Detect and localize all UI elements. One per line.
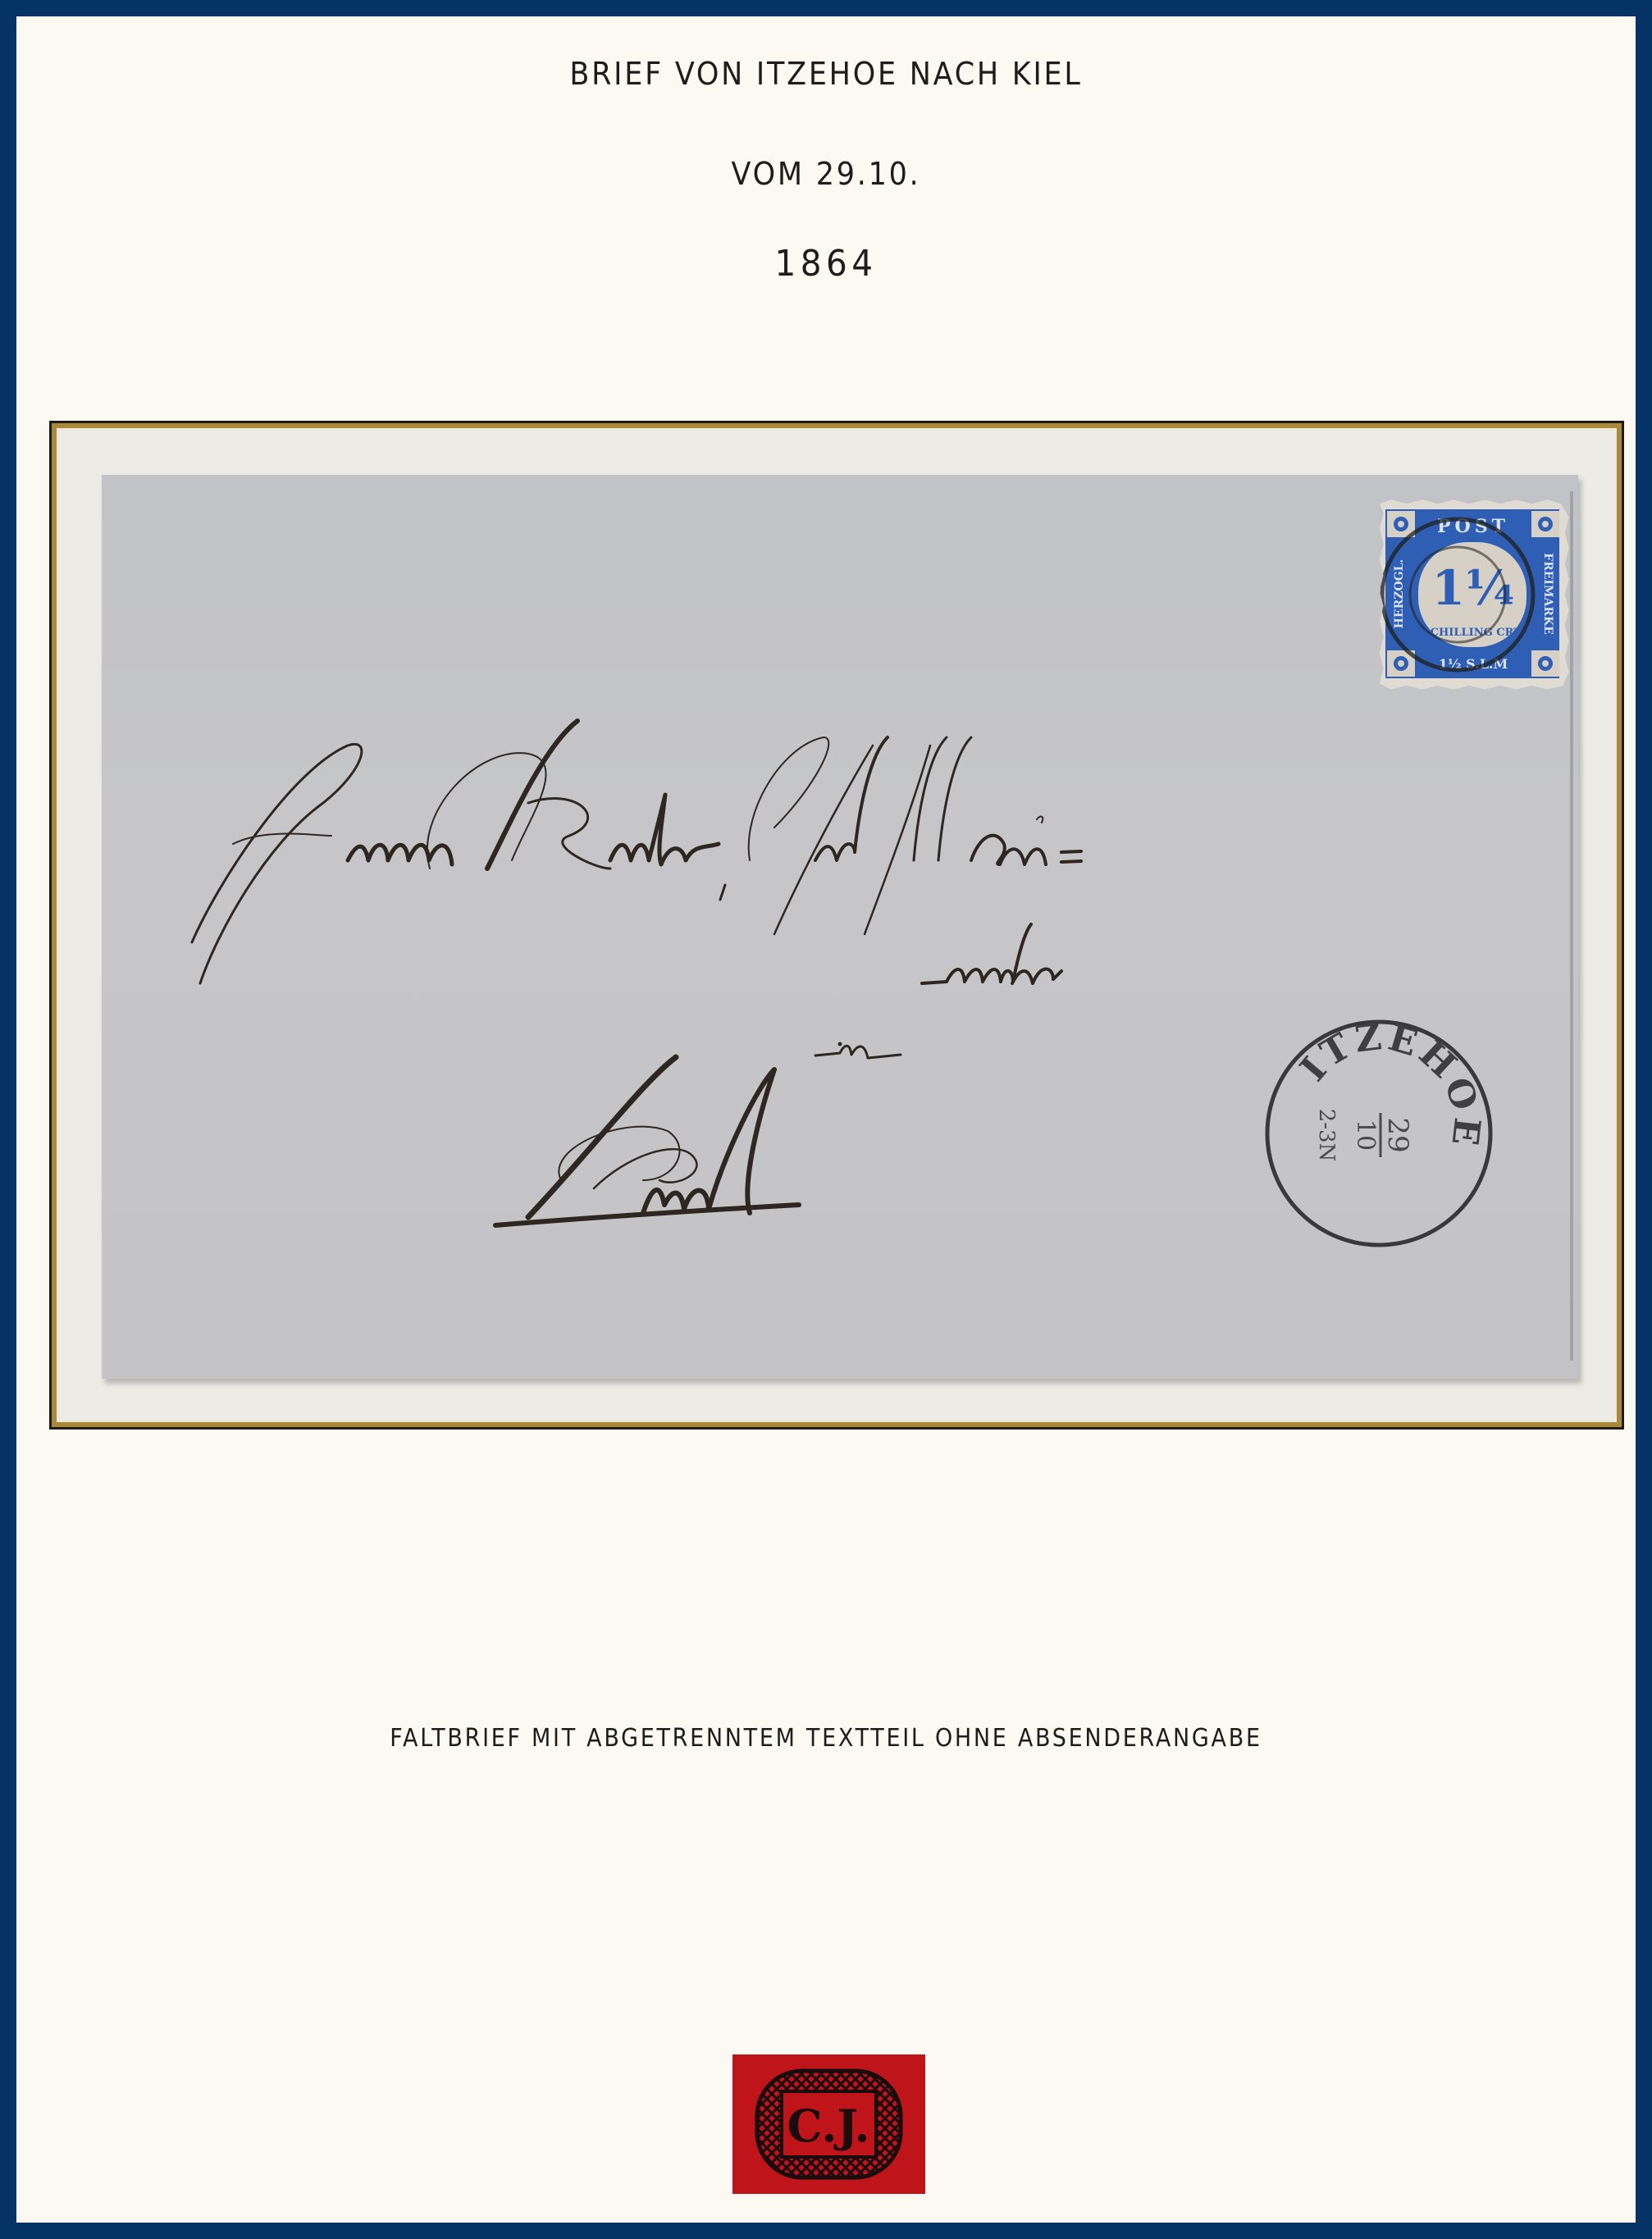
mount-frame: POST 1½ S.L.M HERZOGL. FREIMARKE 1¼ SCHI… xyxy=(49,421,1624,1430)
page-date: VOM 29.10. xyxy=(81,156,1571,192)
itzehoe-postmark: ITZEHOE 29 10 2-3N xyxy=(1260,1012,1498,1250)
folded-letter: POST 1½ S.L.M HERZOGL. FREIMARKE 1¼ SCHI… xyxy=(102,475,1578,1379)
stamp-left-text: HERZOGL. xyxy=(1393,559,1406,629)
page-year: 1864 xyxy=(81,243,1571,285)
seal-monogram: C.J. xyxy=(787,2100,870,2152)
album-page: BRIEF VON ITZEHOE NACH KIEL VOM 29.10. 1… xyxy=(16,16,1636,2223)
postmark-time: 2-3N xyxy=(1314,1109,1339,1162)
postage-stamp: POST 1½ S.L.M HERZOGL. FREIMARKE 1¼ SCHI… xyxy=(1376,498,1571,691)
page-title: BRIEF VON ITZEHOE NACH KIEL xyxy=(81,56,1571,92)
stamp-right-text: FREIMARKE xyxy=(1541,553,1554,635)
red-seal-label: C.J. xyxy=(732,2054,925,2194)
postmark-day: 29 xyxy=(1381,1117,1414,1152)
page-caption: FALTBRIEF MIT ABGETRENNTEM TEXTTEIL OHNE… xyxy=(98,1724,1555,1753)
postmark-month: 10 xyxy=(1351,1119,1380,1151)
mount-inner: POST 1½ S.L.M HERZOGL. FREIMARKE 1¼ SCHI… xyxy=(57,428,1617,1422)
